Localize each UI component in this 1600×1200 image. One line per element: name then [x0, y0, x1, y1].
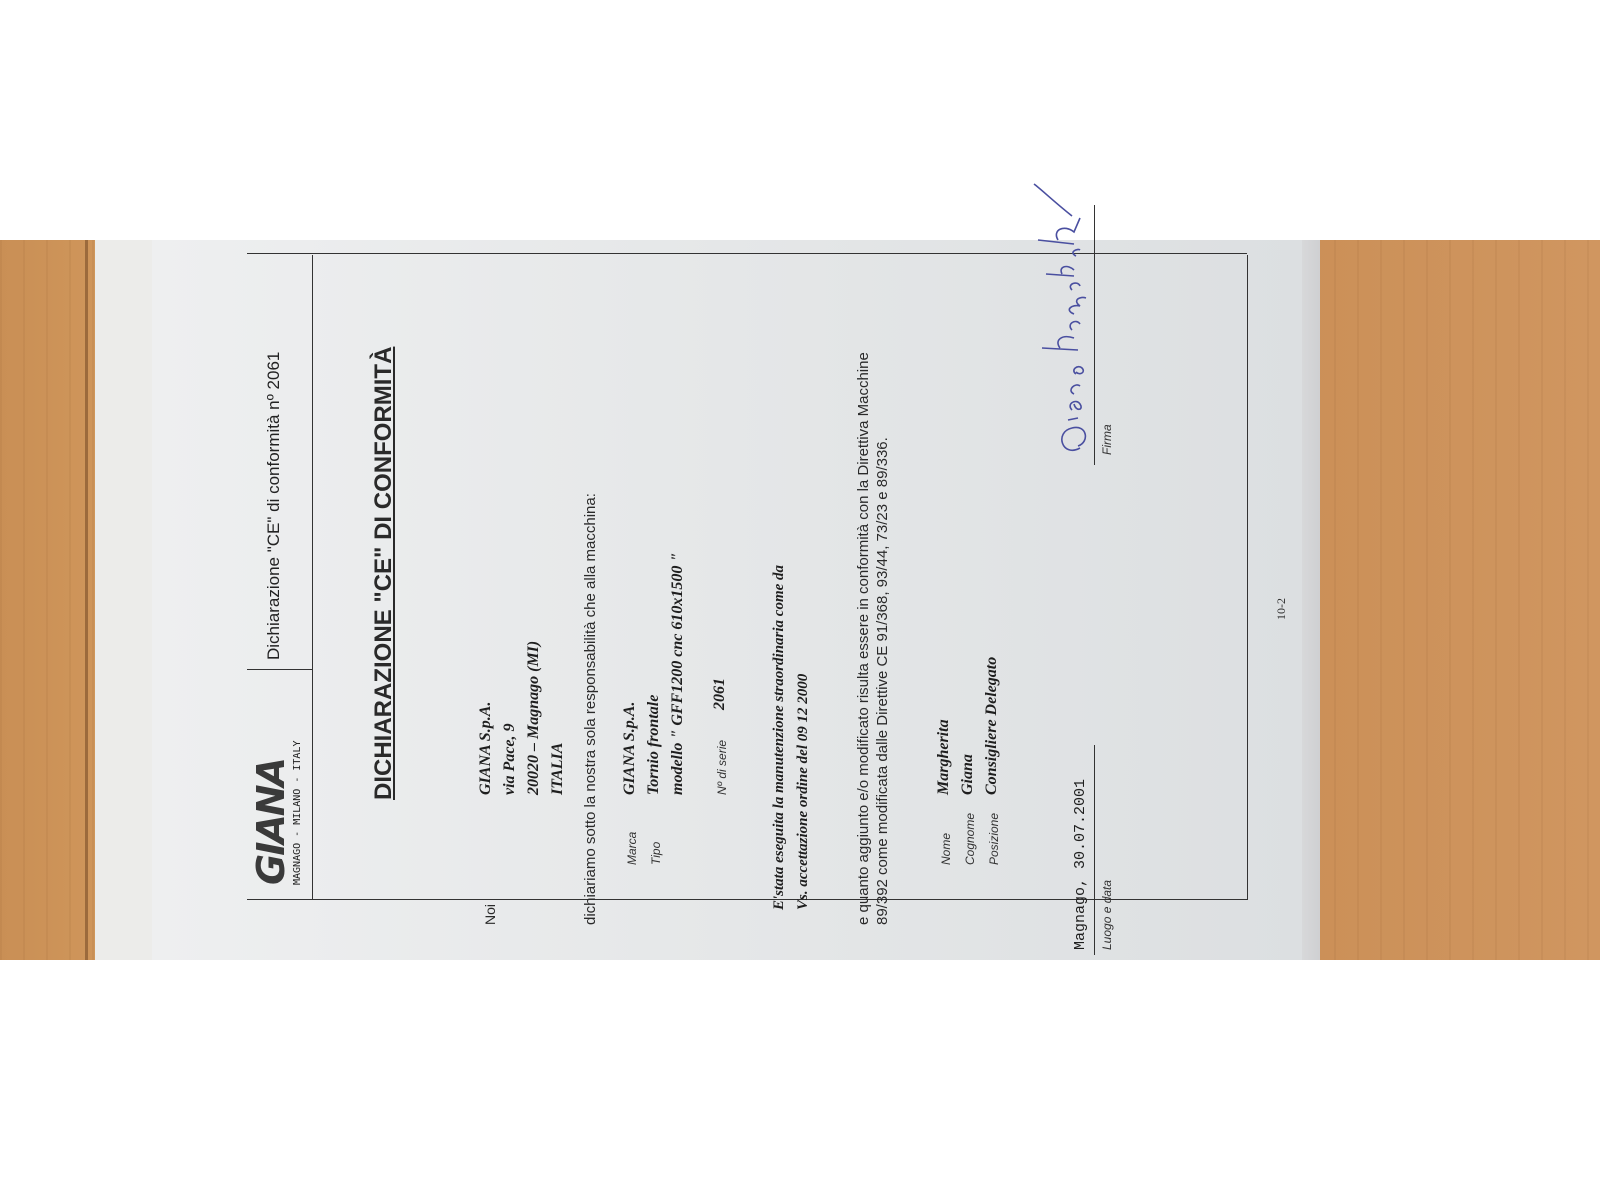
footer-divider: [1247, 255, 1248, 900]
header-divider: [312, 255, 313, 900]
place-date-label: Luogo e data: [1100, 880, 1114, 950]
document-page: GIANA MAGNAGO - MILANO - ITALY Dichiaraz…: [152, 240, 1302, 960]
declarant-name: GIANA S.p.A.: [474, 702, 498, 795]
place-date-underline: [1094, 745, 1095, 955]
declarant-city: 20020 – Magnago (MI): [522, 641, 546, 795]
serie-label: Nº di serie: [715, 740, 729, 795]
nome-value: Margherita: [932, 719, 956, 795]
nome-label: Nome: [939, 833, 953, 865]
place-date-value: Magnago, 30.07.2001: [1072, 779, 1089, 950]
tipo-value: Tornio frontale: [642, 695, 666, 795]
marca-label: Marca: [625, 832, 639, 865]
maintenance-note-line-2: Vs. accettazione ordine del 09 12 2000: [791, 674, 815, 910]
declarant-street: via Pace, 9: [498, 723, 522, 795]
cognome-label: Cognome: [963, 813, 977, 865]
maintenance-note-line-1: E'stata eseguita la manutenzione straord…: [767, 565, 791, 910]
posizione-label: Posizione: [987, 813, 1001, 865]
plank-gap: [85, 240, 88, 960]
company-logo: GIANA MAGNAGO - MILANO - ITALY: [252, 685, 307, 885]
posizione-value: Consigliere Delegato: [980, 657, 1004, 795]
modello-value: modello " GFF1200 cnc 610x1500 ": [666, 553, 690, 795]
statement-text: dichiariamo sotto la nostra sola respons…: [582, 493, 599, 925]
document-reference: Dichiarazione "CE" di conformità nº 2061: [264, 352, 284, 660]
serie-value: 2061: [708, 678, 732, 710]
page-title: DICHIARAZIONE "CE" DI CONFORMITÀ: [370, 347, 398, 800]
handwritten-signature: [1032, 180, 1107, 460]
cognome-value: Giana: [956, 754, 980, 795]
declarant-country: ITALIA: [546, 743, 570, 795]
tipo-label: Tipo: [649, 842, 663, 865]
underlying-sheet: [95, 240, 155, 960]
compliance-line-2: 89/392 come modificata dalle Direttive C…: [874, 437, 891, 925]
page-number: 10-2: [1274, 598, 1289, 620]
logo-wordmark: GIANA: [252, 685, 290, 885]
compliance-line-1: e quanto aggiunto e/o modificato risulta…: [855, 352, 872, 925]
declarant-label: Noi: [482, 904, 498, 925]
logo-subtitle: MAGNAGO - MILANO - ITALY: [292, 685, 303, 885]
marca-value: GIANA S.p.A.: [618, 702, 642, 795]
header-vertical-divider: [247, 669, 312, 670]
